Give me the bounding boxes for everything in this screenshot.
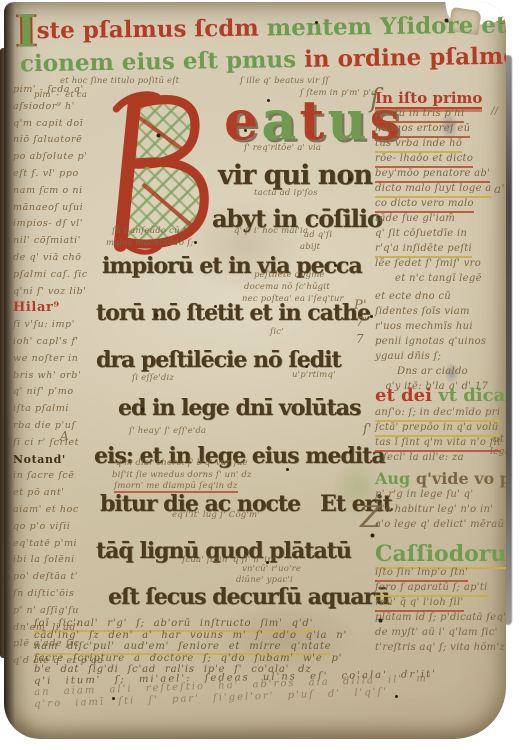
gloss-text: ſero ſ aparatū ſ; ap'ti xyxy=(375,581,488,595)
rubric-segment: eius eſt xyxy=(122,47,227,76)
left-margin-gloss: ſi ci r' ſcriet xyxy=(13,435,101,452)
left-margin-gloss: po abſolute p' xyxy=(13,149,101,166)
bottom-commentary: ſoī ſic'nal' r'g' ſ; ab'orū inſtructo ſi… xyxy=(34,618,506,710)
manuscript-page: Iste pſalmus ſcdm mentem Yſidore et ordi… xyxy=(4,2,506,739)
rubric-segment: ste pſalmus ſcdm xyxy=(36,14,266,44)
gloss-text: nam diſc'pul' aud'em' ſeniore et mirre q… xyxy=(34,641,331,653)
interlinear-gloss: ſi eſſe'diz xyxy=(132,373,174,383)
gloss-text: r'uos mechmīs hui xyxy=(375,320,473,334)
interlinear-gloss: q'm diar chero: ſ' b'q' vur ſue xyxy=(116,458,248,468)
left-margin-gloss: ſi v'ſu: imp' xyxy=(13,317,101,334)
right-margin-gloss: r'q'a inſidēte peſti xyxy=(375,242,506,257)
gloss-text: rōe- lhaōo et dicto xyxy=(375,152,473,166)
left-margin-gloss: ioh' capl's f' xyxy=(13,334,101,351)
main-text-line: vir qui non xyxy=(218,160,372,191)
right-margin-gloss: ſctā' prepōo in q'a volū xyxy=(375,421,506,436)
left-margin-gloss: ſn diſtic'ōis xyxy=(13,586,101,603)
right-margin-gloss: penii ignotas q'uinos xyxy=(375,335,506,350)
interlinear-gloss: 7' xyxy=(356,315,367,329)
right-margin-gloss: iſto ſin' lmp'o ſtn' xyxy=(375,566,506,581)
gloss-heading-segment: et dei xyxy=(375,385,438,406)
right-margin-gloss: ygaui dñis ſ; xyxy=(375,350,506,365)
bottom-commentary-line: ſoī ſic'nal' r'g' ſ; ab'orū inſtructo ſi… xyxy=(34,618,506,630)
rubric-segment: in ordine pſalmorum xyxy=(304,42,506,73)
interlinear-gloss: vn'cū' r'uo're xyxy=(242,564,301,574)
main-text-line: ed in lege dnī volūtas xyxy=(118,395,360,421)
gloss-heading: Caſſiodorus xyxy=(375,542,506,566)
interlinear-gloss: abijt xyxy=(300,242,320,252)
gloss-text: reū' q̄ q' l'ioh ſil' xyxy=(375,596,464,610)
rubric-segment: pmus xyxy=(226,46,305,74)
right-margin-gloss: r'uos mechmīs hui xyxy=(375,320,506,335)
right-margin-section: In iſto primopenſū in trīs p'hīhūanos er… xyxy=(375,90,506,287)
gloss-text: anſ'o: ſ; in dec'mīdo pri xyxy=(375,406,500,420)
left-margin-gloss: q'ni ſ' voz lib' xyxy=(13,284,101,301)
right-margin-gloss: reū' q̄ q' l'ioh ſil' xyxy=(375,596,506,611)
gloss-text: penii ignotas q'uinos xyxy=(375,335,486,349)
right-margin-gloss: et ecte dno cū xyxy=(375,290,506,305)
rubric-segment: cionem xyxy=(20,49,122,78)
main-text-line: eſt ſecus decurſū aquarū xyxy=(108,584,389,610)
right-margin-gloss: tāde ſue gl'iam̄ xyxy=(375,212,506,227)
interlinear-gloss: ſ ille q' beatus vir ſſ xyxy=(240,76,329,86)
right-margin-gloss: bey'mōo penatore ab' xyxy=(375,167,506,182)
gloss-text: lēe ſedet ſ' ſmiſ' vro xyxy=(375,257,481,271)
gloss-text: tāde ſue gl'iam̄ xyxy=(375,212,455,226)
right-margin-gloss: rōe- lhaōo et dicto xyxy=(375,152,506,167)
left-margin-gloss-column: pim' - ſcda q'aſsiodor⁹ h'q'm capit doīn… xyxy=(13,82,101,670)
gloss-text: tūs vrba inde hō xyxy=(375,137,462,151)
gloss-text: ſoī ſic'nal' r'g' ſ; ab'orū inſtructo ſi… xyxy=(34,618,313,630)
gloss-text: ygaui dñis ſ; xyxy=(375,350,441,364)
left-margin-gloss: rba die p'uſ xyxy=(13,418,101,435)
interlinear-gloss: 7 xyxy=(356,332,364,346)
right-margin-gloss: anſ'o: ſ; in dec'mīdo pri xyxy=(375,406,506,421)
right-margin-gloss: lēe ſedet ſ' ſmiſ' vro xyxy=(375,257,506,272)
gloss-text: dicto malo ſuyt loge a xyxy=(375,182,492,196)
rubric-segment: Yſidore et xyxy=(380,11,506,40)
interlinear-gloss: nec poſtea' ea i'ſeq'tur xyxy=(242,294,344,304)
gloss-text: et n'c tangī legē xyxy=(395,272,482,286)
right-margin-gloss: co dicto vero malo xyxy=(375,197,506,212)
right-margin-gloss: p' r'g in lege ſu' q' xyxy=(375,488,506,503)
right-margin-gloss: q' ſit cōſuetdīe in xyxy=(375,227,506,242)
right-margin-gloss: Dns ar cialdo xyxy=(397,365,506,380)
gloss-heading-segment: Caſſiodorus xyxy=(375,541,506,567)
interlinear-gloss: ſic' xyxy=(270,327,284,337)
gloss-text: co dicto vero malo xyxy=(375,197,474,211)
left-margin-gloss: nam ſcm o ni xyxy=(13,183,101,200)
left-margin-gloss: Hilar⁹ xyxy=(13,300,101,317)
left-margin-gloss: aſsiodor⁹ h' xyxy=(13,99,101,116)
left-margin-gloss: mānaeoſ uſui xyxy=(13,200,101,217)
left-margin-gloss: nil' cōſmiati' xyxy=(13,233,101,250)
right-margin-gloss: penſū in trīs p'hī xyxy=(375,107,506,122)
gloss-text: penſū in trīs p'hī xyxy=(375,107,464,121)
right-margin-gloss: tūs vrba inde hō xyxy=(375,137,506,152)
gloss-text: cād'ing' ſz den' a' har vouns m' ſ' ad'o… xyxy=(34,630,347,642)
left-margin-gloss: in ſacre ſcē xyxy=(13,468,101,485)
right-margin-gloss: tas ī ſint q'm vita n'o ſit xyxy=(375,436,506,451)
gloss-heading: In iſto primo xyxy=(375,90,506,107)
gloss-text: iſto ſin' lmp'o ſtn' xyxy=(375,566,468,580)
left-margin-gloss: iſta pſalmi xyxy=(13,401,101,418)
left-margin-gloss: eſt ſ. vl' ppo xyxy=(13,166,101,183)
right-margin-section: et dei vt dicatanſ'o: ſ; in dec'mīdo pri… xyxy=(375,386,506,466)
rubric-segment: mentem xyxy=(267,13,381,41)
rubric-line: Iste pſalmus ſcdm mentem Yſidore et ordi… xyxy=(16,10,506,44)
left-margin-gloss: pim' - ſcda q' xyxy=(13,82,101,99)
gloss-text: ſecl' la ail'e: za xyxy=(383,451,464,465)
left-margin-gloss: niō ſaluatorē xyxy=(13,132,101,149)
left-margin-gloss: aiam' et hoc xyxy=(13,502,101,519)
interlinear-gloss: 2 xyxy=(500,16,506,27)
interlinear-gloss: ſmorn' me diampū ſeq'in dz xyxy=(114,481,238,491)
interlinear-gloss: malos machinādo ſ; xyxy=(106,238,194,248)
right-margin-gloss: ſecl' la ail'e: za xyxy=(383,451,506,466)
right-margin-gloss: ſidentes ſoīs viam xyxy=(375,305,506,320)
right-margin-gloss: n'o habitur leg' n'o in' xyxy=(375,503,506,518)
interlinear-gloss: ſ' heay' ſ' eſſ'e'da xyxy=(129,426,206,436)
bottom-commentary-line: cād'ing' ſz den' a' har vouns m' ſ' ad'o… xyxy=(34,630,506,642)
right-margin-gloss: hūanos ertoreſ eū xyxy=(375,122,506,137)
rubric-line: cionem eius eſt pmus in ordine pſalmorum xyxy=(20,42,506,78)
gloss-text: ſacre ſcripture a doctore ſ; q'do ſubam'… xyxy=(34,653,342,665)
interlinear-gloss: diūne' ypac'i xyxy=(236,575,293,585)
left-margin-gloss: qo p'o viſii xyxy=(13,519,101,536)
gloss-heading-segment: Aug xyxy=(375,469,416,488)
left-margin-gloss: ibi la ſolēni xyxy=(13,552,101,569)
left-margin-gloss: q'm capit doī xyxy=(13,116,101,133)
gloss-text: Dns ar cialdo xyxy=(397,365,468,379)
interlinear-gloss: q' ſ' i' hoc mal'ia xyxy=(234,226,308,236)
right-margin-gloss: et n'c tangī legē xyxy=(395,272,506,287)
interlinear-gloss: docema nō ſc'hūgit xyxy=(244,282,330,292)
right-margin-section: et ecte dno cūſidentes ſoīs viamr'uos me… xyxy=(375,290,506,395)
left-margin-gloss: impios- dſ vl' xyxy=(13,216,101,233)
right-margin-section: Aug q'vide vo p' q'op' r'g in lege ſu' q… xyxy=(375,470,506,533)
manuscript-photo: { "ink_colors": {"red":"#b23d27","green"… xyxy=(0,0,520,750)
left-margin-gloss: p' n' aſſig'ſu xyxy=(13,603,101,620)
gloss-heading-segment: In iſto primo xyxy=(375,89,482,107)
gloss-text: ſidentes ſoīs viam xyxy=(375,305,470,319)
gloss-heading-segment: q'vide vo p' q'o xyxy=(416,469,506,488)
interlinear-gloss: ſ ſtem in p'm' p'a xyxy=(300,88,376,98)
left-margin-gloss: pſalmi caſ. ſic xyxy=(13,267,101,284)
gloss-text: et ecte dno cū xyxy=(375,290,451,304)
left-margin-gloss: de q' viā chō xyxy=(13,250,101,267)
left-margin-gloss: et pō ant' xyxy=(13,485,101,502)
right-margin-gloss: a'o lege q' delict' mēraū xyxy=(375,518,506,533)
gloss-text: r'q'a inſidēte peſti xyxy=(375,242,472,256)
left-margin-gloss: q' niſ' p'mo xyxy=(13,384,101,401)
interlinear-gloss: u'p'rtimq' xyxy=(292,370,336,380)
gloss-heading-segment: vt dicat xyxy=(438,385,506,406)
gloss-text: bey'mōo penatore ab' xyxy=(375,167,490,181)
gloss-text: ſctā' prepōo in q'a volū xyxy=(375,421,499,435)
ink-speck-overlay xyxy=(4,2,7,5)
gloss-text: tas ī ſint q'm vita n'o ſit xyxy=(375,436,501,450)
gloss-text: hūanos ertoreſ eū xyxy=(375,122,470,136)
gloss-text: n'o habitur leg' n'o in' xyxy=(375,503,493,517)
interlinear-gloss: P' xyxy=(354,298,367,313)
interlinear-gloss: tacta ad ip'ſos xyxy=(254,188,318,198)
gloss-heading: et dei vt dicat xyxy=(375,386,506,406)
left-margin-gloss: we noſter in xyxy=(13,351,101,368)
gloss-text: a'o lege q' delict' mēraū xyxy=(375,518,504,532)
interlinear-gloss: biſ'it ſie wnedus dorns ſ' un' dz xyxy=(112,470,252,480)
gloss-text: q' ſit cōſuetdīe in xyxy=(375,227,467,241)
left-margin-gloss: po' deſtāa t' xyxy=(13,569,101,586)
interlinear-gloss: peſtilēte dogme xyxy=(254,270,325,280)
bottom-commentary-line: ſacre ſcripture a doctore ſ; q'do ſubam'… xyxy=(34,653,506,665)
right-margin-gloss: dicto malo ſuyt loge a xyxy=(375,182,506,197)
gloss-text: p' r'g in lege ſu' q' xyxy=(375,488,473,502)
left-margin-gloss: bris wh' orb' xyxy=(13,368,101,385)
right-margin-gloss: ſero ſ aparatū ſ; ap'ti xyxy=(375,581,506,596)
left-margin-gloss: eq'tatē p'mi xyxy=(13,536,101,553)
interlinear-gloss: ſ' xyxy=(363,422,372,437)
left-margin-gloss: Notand' xyxy=(13,452,101,469)
bottom-commentary-line: nam diſc'pul' aud'em' ſeniore et mirre q… xyxy=(34,641,506,653)
gloss-heading: Aug q'vide vo p' q'o xyxy=(375,470,506,488)
interlinear-gloss: eq'l'it' lug ſ' Cōg'm' xyxy=(172,510,260,520)
interlinear-gloss: ſū t'anſeūdo cū t' xyxy=(112,226,189,236)
interlinear-gloss: ſ' req'ritōe' a' via xyxy=(244,143,321,153)
